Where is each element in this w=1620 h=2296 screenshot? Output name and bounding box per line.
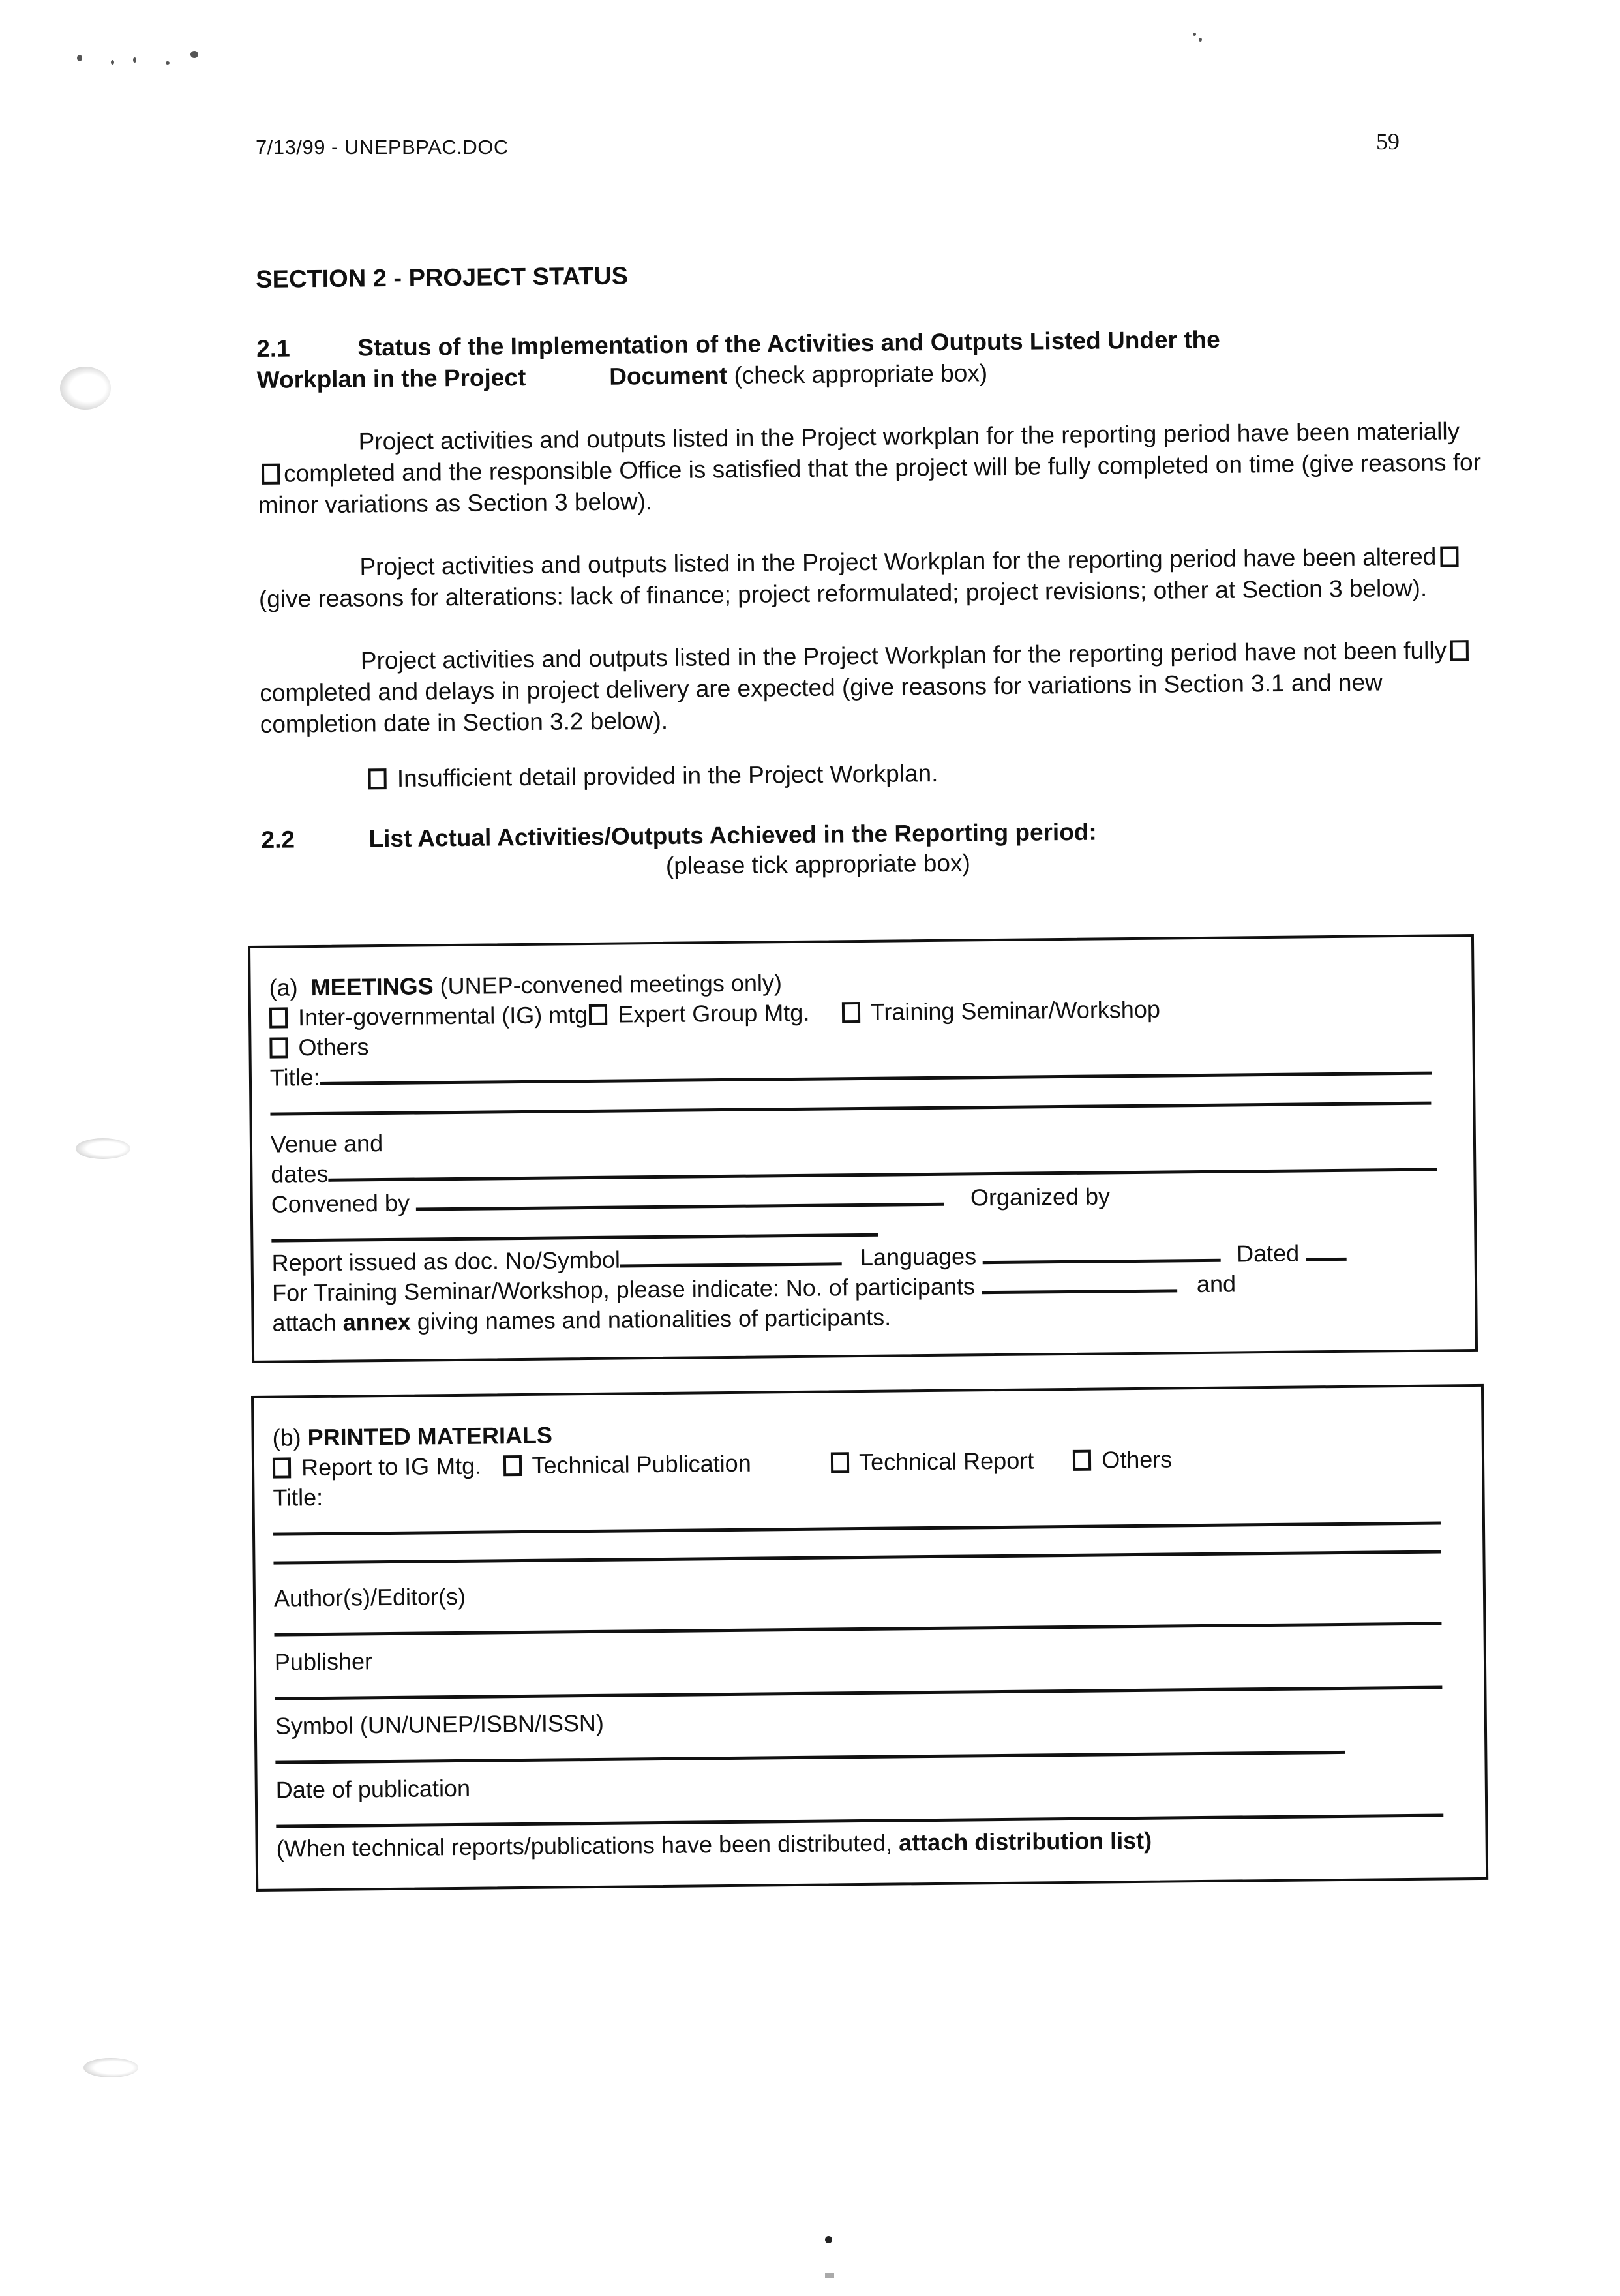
- insufficient-detail-label: Insufficient detail provided in the Proj…: [397, 760, 938, 792]
- technical-report-checkbox[interactable]: [831, 1452, 849, 1473]
- symbol-label: Symbol (UN/UNEP/ISBN/ISSN): [275, 1710, 604, 1740]
- distribution-note-bold: attach distribution list): [899, 1827, 1152, 1856]
- option-text: Project activities and outputs listed in…: [361, 637, 1447, 674]
- meeting-title-label: Title:: [270, 1064, 320, 1091]
- report-symbol-label: Report issued as doc. No/Symbol: [271, 1246, 620, 1276]
- venue-dates-field: Venue and dates: [271, 1118, 1456, 1189]
- heading-2-2-subtitle: (please tick appropriate box): [666, 845, 1488, 880]
- dated-input[interactable]: [1306, 1239, 1346, 1261]
- meetings-heading-note: (UNEP-convened meetings only): [440, 969, 782, 999]
- option-text: completed and delays in project delivery…: [260, 669, 1383, 738]
- and-label: and: [1197, 1270, 1236, 1297]
- distribution-note-text: (When technical reports/publications hav…: [276, 1830, 892, 1862]
- ig-meeting-label: Inter-governmental (IG) mtg: [298, 1001, 588, 1031]
- scan-speck: [825, 2273, 834, 2278]
- convened-by-input[interactable]: [416, 1185, 944, 1211]
- option-text: completed and the responsible Office is …: [258, 449, 1481, 519]
- printed-others-label: Others: [1102, 1445, 1172, 1473]
- option-text: (give reasons for alterations: lack of f…: [259, 575, 1428, 612]
- organized-by-input[interactable]: [271, 1215, 878, 1243]
- scan-speck: [77, 55, 82, 61]
- venue-label: Venue and: [271, 1130, 383, 1158]
- languages-label: Languages: [860, 1243, 977, 1271]
- heading-number: 2.2: [261, 825, 368, 854]
- insufficient-detail-option: Insufficient detail provided in the Proj…: [368, 755, 1486, 793]
- meetings-prefix: (a): [269, 974, 297, 1001]
- annex-bold-text: annex: [342, 1308, 410, 1336]
- expert-group-checkbox[interactable]: [589, 1004, 607, 1025]
- convened-by-label: Convened by: [271, 1190, 410, 1218]
- scan-speck: [825, 2236, 832, 2243]
- insufficient-detail-checkbox[interactable]: [368, 768, 386, 789]
- scan-speck: [190, 51, 198, 58]
- meeting-others-checkbox[interactable]: [269, 1037, 288, 1058]
- printed-prefix: (b): [272, 1424, 301, 1451]
- technical-publication-label: Technical Publication: [532, 1450, 751, 1479]
- training-seminar-label: Training Seminar/Workshop: [871, 996, 1161, 1025]
- option-text: Project activities and outputs listed in…: [358, 417, 1460, 455]
- annex-text: attach: [272, 1309, 336, 1337]
- heading-note: (check appropriate box): [734, 359, 987, 389]
- scanned-page: 7/13/99 - UNEPBPAC.DOC 59 SECTION 2 - PR…: [0, 0, 1620, 2296]
- publisher-label: Publisher: [275, 1648, 372, 1675]
- not-completed-checkbox[interactable]: [1450, 640, 1469, 661]
- training-seminar-checkbox[interactable]: [842, 1002, 860, 1023]
- technical-publication-checkbox[interactable]: [503, 1455, 522, 1476]
- participants-label: For Training Seminar/Workshop, please in…: [272, 1273, 975, 1306]
- heading-text-1: Status of the Implementation of the Acti…: [357, 326, 1220, 361]
- author-label: Author(s)/Editor(s): [274, 1583, 466, 1612]
- option-text: Project activities and outputs listed in…: [359, 543, 1436, 581]
- completed-checkbox[interactable]: [262, 464, 280, 485]
- scan-speck: [1193, 33, 1196, 36]
- organized-by-label: Organized by: [970, 1183, 1111, 1211]
- report-to-ig-checkbox[interactable]: [273, 1457, 291, 1478]
- binder-hole-middle: [76, 1138, 130, 1159]
- heading-text-2: Workplan in the Project: [257, 364, 526, 393]
- binder-hole-top: [60, 367, 111, 410]
- report-to-ig-label: Report to IG Mtg.: [301, 1453, 481, 1481]
- heading-number: 2.1: [256, 333, 357, 365]
- printed-title-label: Title:: [273, 1484, 323, 1511]
- scan-speck: [166, 61, 170, 65]
- report-symbol-input[interactable]: [620, 1244, 842, 1267]
- binder-hole-bottom: [83, 2058, 138, 2077]
- status-option-not-completed: Project activities and outputs listed in…: [260, 635, 1486, 740]
- meetings-box: (a) MEETINGS (UNEP-convened meetings onl…: [248, 934, 1478, 1363]
- dated-label: Dated: [1237, 1240, 1299, 1267]
- expert-group-label: Expert Group Mtg.: [618, 999, 810, 1028]
- status-option-completed: Project activities and outputs listed in…: [257, 415, 1484, 521]
- scan-speck: [133, 57, 136, 63]
- printed-materials-box: (b) PRINTED MATERIALS Report to IG Mtg. …: [251, 1384, 1488, 1892]
- heading-2-1: 2.1Status of the Implementation of the A…: [256, 322, 1483, 396]
- annex-text: giving names and nationalities of partic…: [417, 1304, 892, 1335]
- printed-heading-text: PRINTED MATERIALS: [307, 1422, 552, 1451]
- status-option-altered: Project activities and outputs listed in…: [258, 541, 1485, 615]
- section-title: SECTION 2 - PROJECT STATUS: [256, 254, 1482, 294]
- scan-speck: [111, 60, 114, 65]
- section-2-content: SECTION 2 - PROJECT STATUS 2.1Status of …: [256, 249, 1488, 884]
- altered-checkbox[interactable]: [1440, 546, 1458, 567]
- page-number: 59: [1376, 128, 1400, 155]
- document-reference: 7/13/99 - UNEPBPAC.DOC: [256, 136, 509, 159]
- printed-others-checkbox[interactable]: [1073, 1450, 1091, 1471]
- technical-report-label: Technical Report: [859, 1447, 1034, 1475]
- meeting-others-label: Others: [298, 1033, 368, 1061]
- dates-label: dates: [271, 1160, 328, 1188]
- date-of-publication-label: Date of publication: [276, 1775, 471, 1804]
- participants-input[interactable]: [982, 1271, 1177, 1294]
- heading-text-3: Document: [609, 362, 727, 390]
- heading-text: List Actual Activities/Outputs Achieved …: [368, 819, 1097, 853]
- meetings-heading-text: MEETINGS: [310, 973, 433, 1001]
- scan-speck: [1199, 38, 1202, 42]
- ig-meeting-checkbox[interactable]: [269, 1007, 288, 1028]
- languages-input[interactable]: [983, 1241, 1221, 1265]
- venue-dates-input[interactable]: [328, 1150, 1437, 1182]
